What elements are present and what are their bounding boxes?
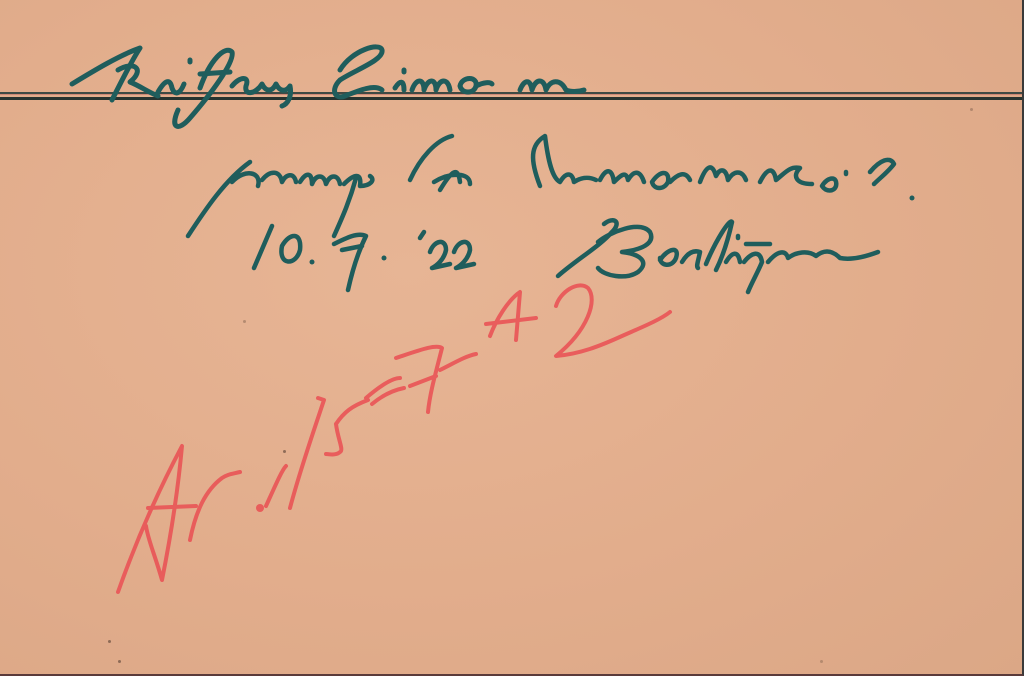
handwritten-name: [72, 47, 584, 126]
paper-speck: [243, 320, 246, 323]
paper-speck: [970, 108, 973, 111]
paper-speck: [283, 450, 286, 453]
handwriting-layer: [0, 0, 1022, 674]
paper-speck: [118, 660, 121, 663]
paper-speck: [108, 640, 111, 643]
red-pencil-annotation: [118, 285, 670, 592]
index-card: Reifens, Simon Kamp Westerbork. 10. 7. '…: [0, 0, 1024, 676]
handwritten-camp: [188, 136, 915, 236]
handwritten-birthdate-place: [254, 220, 878, 292]
paper-speck: [820, 660, 823, 663]
